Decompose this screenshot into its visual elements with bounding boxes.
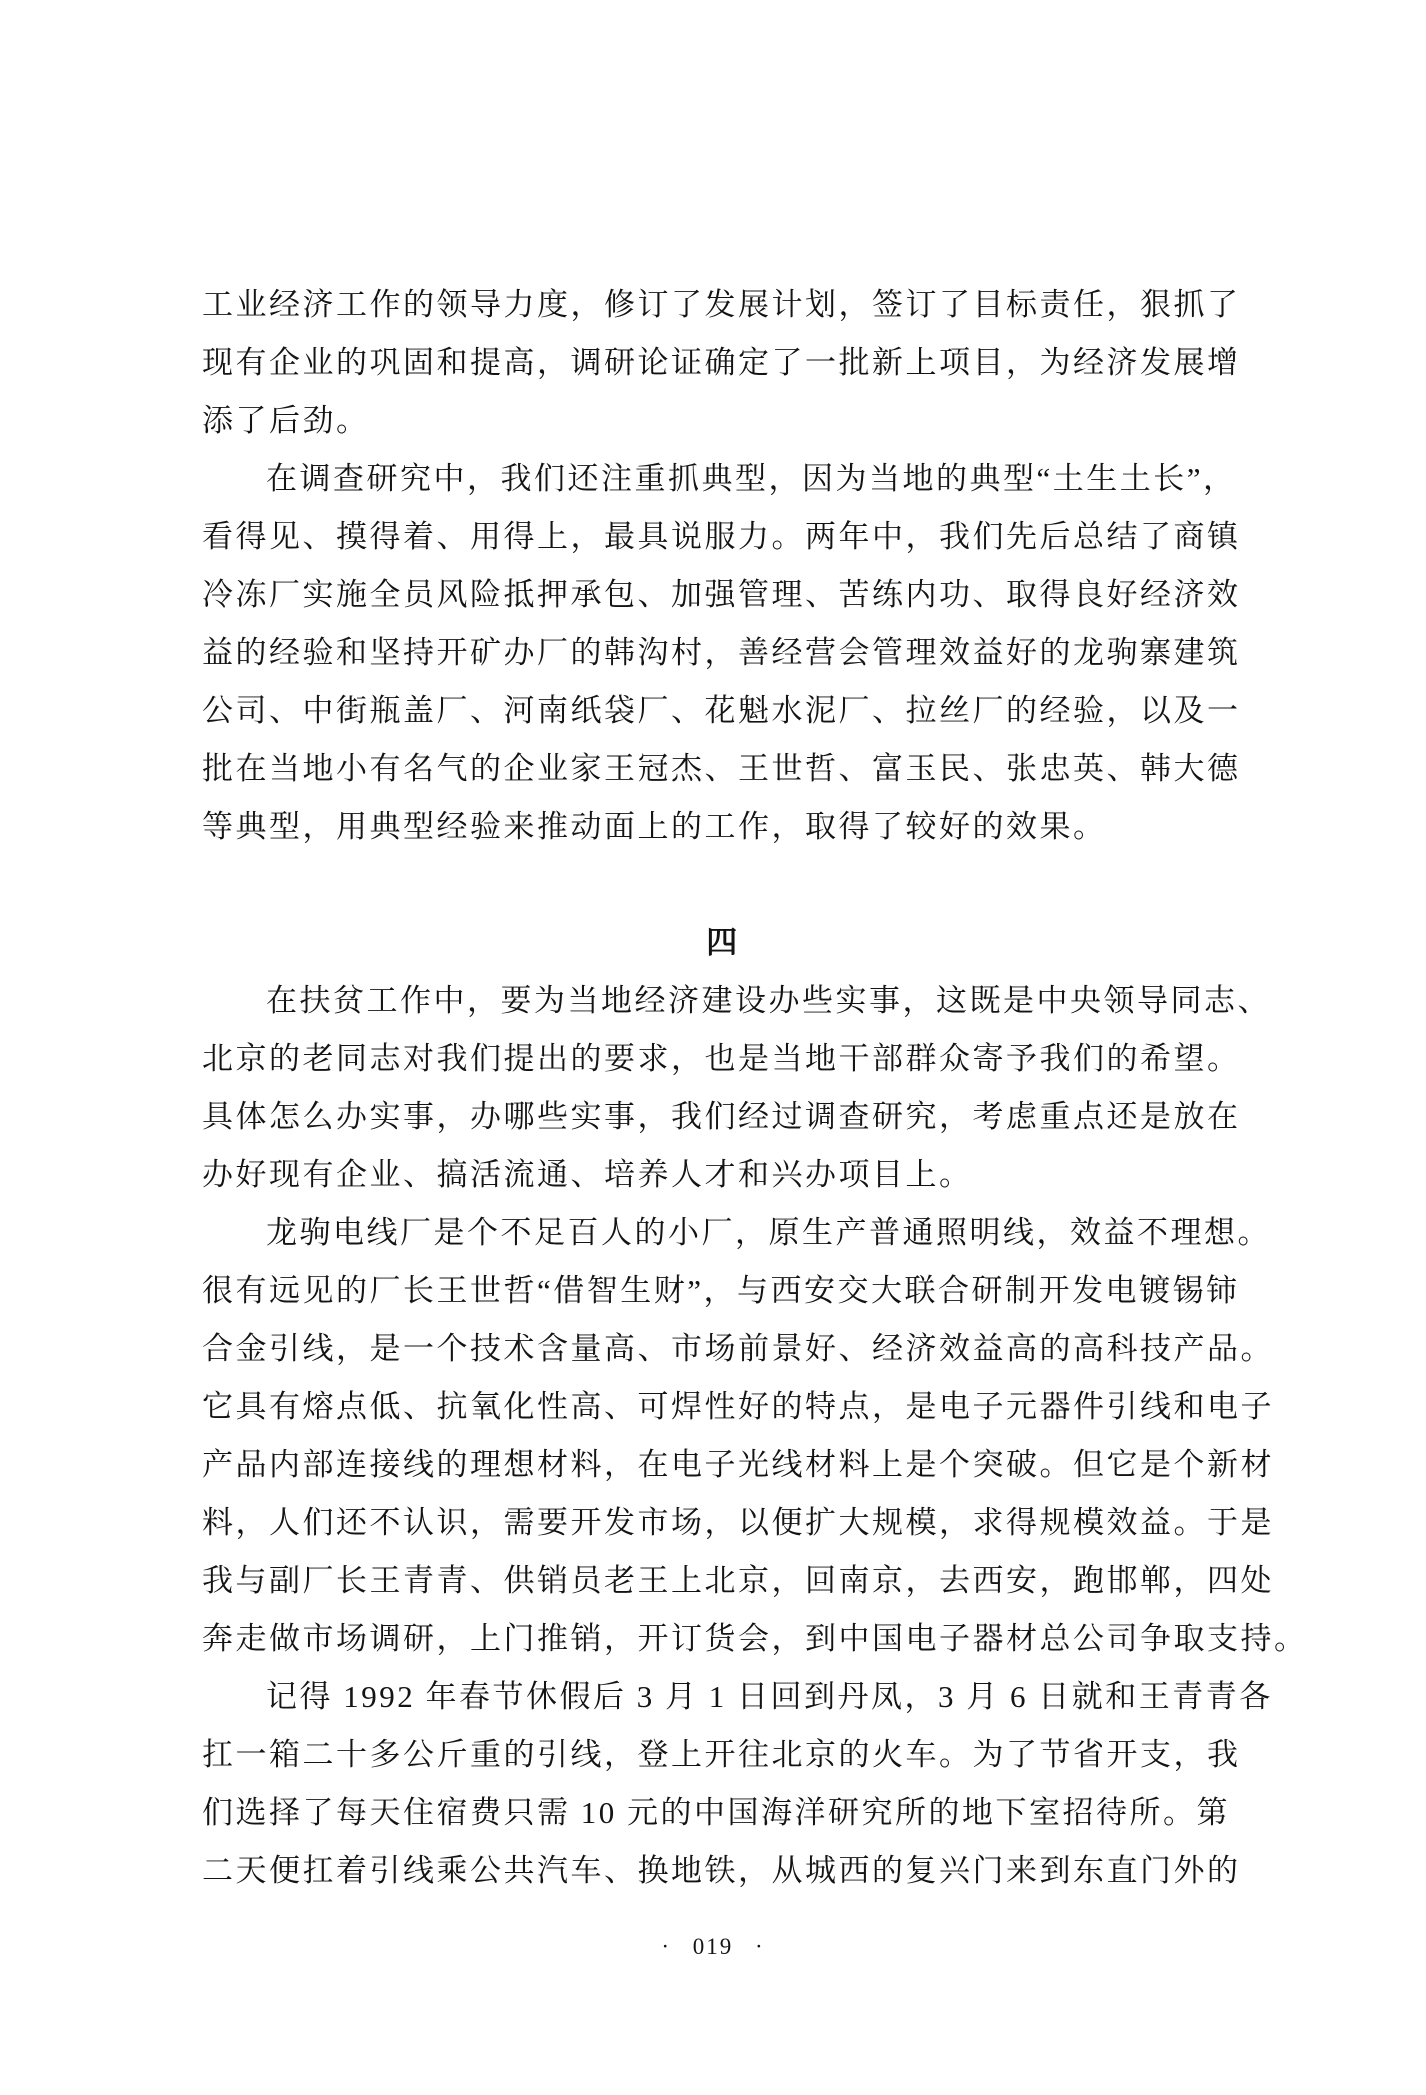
text-line: 合金引线，是一个技术含量高、市场前景好、经济效益高的高科技产品。 (202, 1320, 1244, 1378)
text-line: 北京的老同志对我们提出的要求，也是当地干部群众寄予我们的希望。 (202, 1030, 1244, 1088)
text-block: 工业经济工作的领导力度，修订了发展计划，签订了目标责任，狠抓了现有企业的巩固和提… (202, 276, 1244, 1900)
text-line: 记得 1992 年春节休假后 3 月 1 日回到丹凤，3 月 6 日就和王青青各 (202, 1668, 1244, 1726)
paragraph: 记得 1992 年春节休假后 3 月 1 日回到丹凤，3 月 6 日就和王青青各… (202, 1668, 1244, 1900)
text-line: 料，人们还不认识，需要开发市场，以便扩大规模，求得规模效益。于是 (202, 1494, 1244, 1552)
book-page: 工业经济工作的领导力度，修订了发展计划，签订了目标责任，狠抓了现有企业的巩固和提… (0, 0, 1426, 2095)
text-line: 具体怎么办实事，办哪些实事，我们经过调查研究，考虑重点还是放在 (202, 1088, 1244, 1146)
paragraph: 在扶贫工作中，要为当地经济建设办些实事，这既是中央领导同志、北京的老同志对我们提… (202, 972, 1244, 1204)
text-line: 冷冻厂实施全员风险抵押承包、加强管理、苦练内功、取得良好经济效 (202, 566, 1244, 624)
text-line: 们选择了每天住宿费只需 10 元的中国海洋研究所的地下室招待所。第 (202, 1784, 1244, 1842)
text-line: 在调查研究中，我们还注重抓典型，因为当地的典型“土生土长”， (202, 450, 1244, 508)
text-line: 看得见、摸得着、用得上，最具说服力。两年中，我们先后总结了商镇 (202, 508, 1244, 566)
text-line: 添了后劲。 (202, 392, 1244, 450)
section-heading: 四 (202, 914, 1244, 972)
text-line: 龙驹电线厂是个不足百人的小厂，原生产普通照明线，效益不理想。 (202, 1204, 1244, 1262)
text-line: 公司、中街瓶盖厂、河南纸袋厂、花魁水泥厂、拉丝厂的经验，以及一 (202, 682, 1244, 740)
text-line: 在扶贫工作中，要为当地经济建设办些实事，这既是中央领导同志、 (202, 972, 1244, 1030)
text-line: 很有远见的厂长王世哲“借智生财”，与西安交大联合研制开发电镀锡铈 (202, 1262, 1244, 1320)
paragraph: 工业经济工作的领导力度，修订了发展计划，签订了目标责任，狠抓了现有企业的巩固和提… (202, 276, 1244, 450)
text-line: 产品内部连接线的理想材料，在电子光线材料上是个突破。但它是个新材 (202, 1436, 1244, 1494)
text-line: 二天便扛着引线乘公共汽车、换地铁，从城西的复兴门来到东直门外的 (202, 1842, 1244, 1900)
text-line: 它具有熔点低、抗氧化性高、可焊性好的特点，是电子元器件引线和电子 (202, 1378, 1244, 1436)
text-line: 我与副厂长王青青、供销员老王上北京，回南京，去西安，跑邯郸，四处 (202, 1552, 1244, 1610)
text-line: 奔走做市场调研，上门推销，开订货会，到中国电子器材总公司争取支持。 (202, 1610, 1244, 1668)
text-line: 扛一箱二十多公斤重的引线，登上开往北京的火车。为了节省开支，我 (202, 1726, 1244, 1784)
text-line: 工业经济工作的领导力度，修订了发展计划，签订了目标责任，狠抓了 (202, 276, 1244, 334)
text-line: 益的经验和坚持开矿办厂的韩沟村，善经营会管理效益好的龙驹寨建筑 (202, 624, 1244, 682)
text-line: 等典型，用典型经验来推动面上的工作，取得了较好的效果。 (202, 798, 1244, 856)
text-line: 办好现有企业、搞活流通、培养人才和兴办项目上。 (202, 1146, 1244, 1204)
text-line: 批在当地小有名气的企业家王冠杰、王世哲、富玉民、张忠英、韩大德 (202, 740, 1244, 798)
paragraph: 龙驹电线厂是个不足百人的小厂，原生产普通照明线，效益不理想。很有远见的厂长王世哲… (202, 1204, 1244, 1668)
page-number: · 019 · (0, 1934, 1426, 1960)
text-line: 现有企业的巩固和提高，调研论证确定了一批新上项目，为经济发展增 (202, 334, 1244, 392)
paragraph: 在调查研究中，我们还注重抓典型，因为当地的典型“土生土长”，看得见、摸得着、用得… (202, 450, 1244, 856)
